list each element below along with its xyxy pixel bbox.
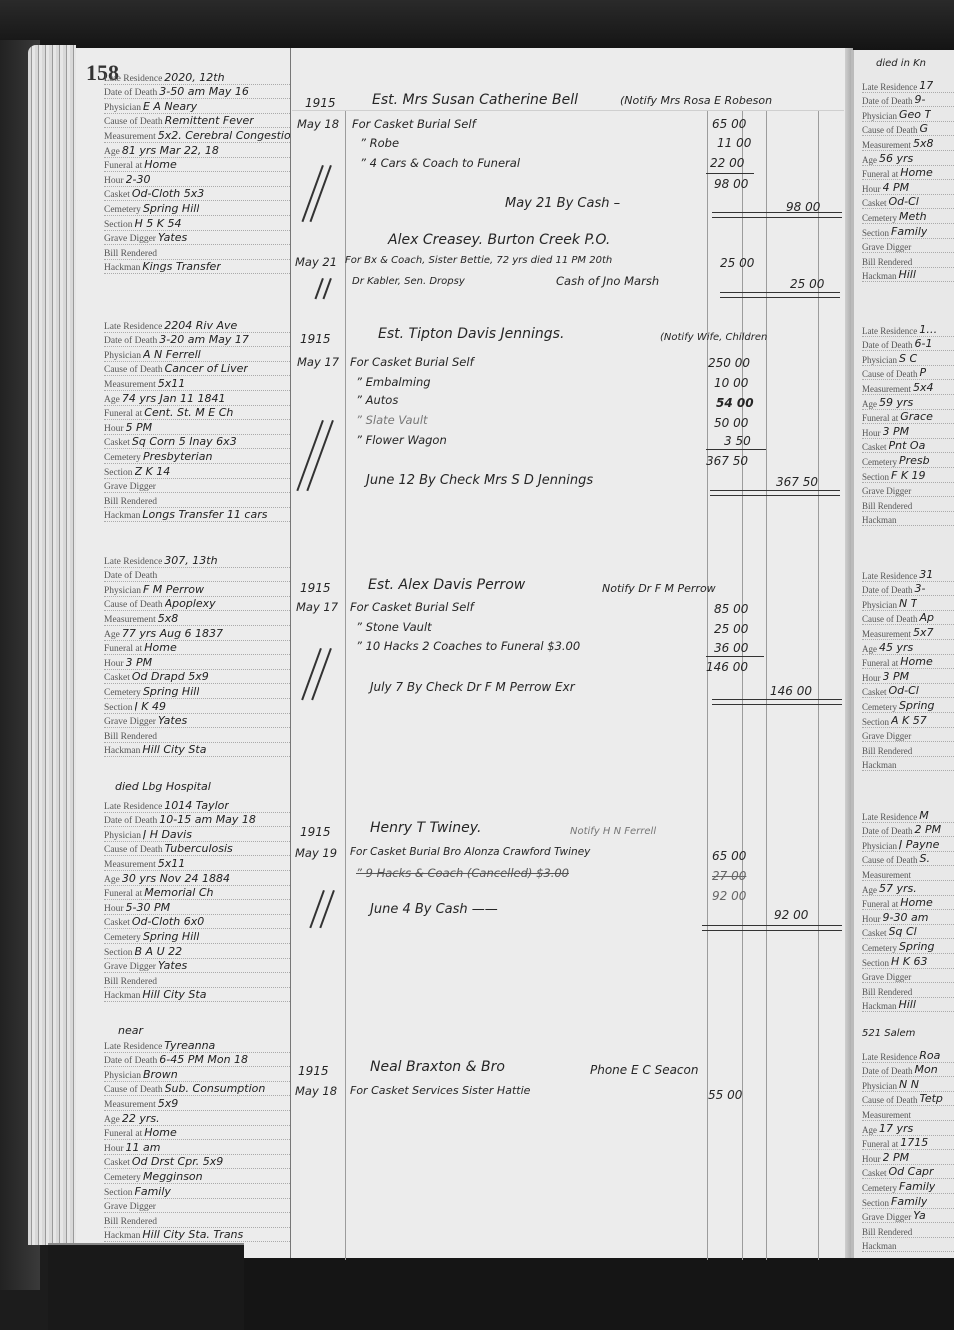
field-value: 2 PM — [883, 1151, 910, 1164]
field-label: Grave Digger — [104, 482, 156, 492]
card-field: CasketSq Cl — [862, 925, 954, 940]
field-value: Brown — [143, 1068, 178, 1081]
field-value: Apoplexy — [165, 597, 216, 610]
field-label: Casket — [104, 673, 130, 683]
total-double-rule — [702, 925, 842, 931]
subtotal-rule — [706, 449, 766, 450]
field-label: Grave Digger — [104, 962, 156, 972]
entry-year: 1915 — [300, 825, 331, 839]
field-label: Bill Rendered — [862, 987, 912, 997]
card-field: Hour3 PM — [862, 424, 954, 439]
card-field: Date of Death6-45 PM Mon 18 — [104, 1053, 290, 1068]
field-value: F K 19 — [891, 469, 926, 482]
field-label: Funeral at — [104, 889, 142, 899]
card-note: 521 Salem — [862, 1028, 915, 1039]
card-field: Age22 yrs. — [104, 1111, 290, 1126]
field-label: Date of Death — [862, 340, 912, 350]
entry-notify: (Notify Wife, Children — [660, 332, 767, 343]
field-label: Age — [104, 395, 120, 405]
card-field: Measurement — [862, 1106, 954, 1121]
field-value: 2204 Riv Ave — [164, 319, 237, 332]
field-label: Cause of Death — [104, 1085, 163, 1095]
field-value: Remittent Fever — [165, 114, 254, 127]
burial-card-5: Late ResidenceTyreannaDate of Death6-45 … — [104, 1038, 290, 1242]
total-double-rule — [712, 699, 842, 705]
card-field: Late Residence2204 Riv Ave — [104, 318, 290, 333]
card-field: Bill Rendered — [104, 728, 290, 743]
field-label: Hour — [862, 673, 881, 683]
field-value: Ya — [913, 1209, 925, 1222]
field-value: Meth — [899, 210, 927, 223]
card-field: Bill Rendered — [862, 253, 954, 268]
card-note: died in Kn — [876, 58, 926, 69]
field-value: Hill — [898, 998, 915, 1011]
field-value: 5-30 PM — [126, 901, 171, 914]
field-label: Late Residence — [104, 1042, 162, 1052]
card-field: CemeterySpring Hill — [104, 929, 290, 944]
line-desc: ” Embalming — [356, 375, 431, 389]
card-field: Hackman — [862, 1238, 954, 1253]
field-label: Late Residence — [104, 322, 162, 332]
field-value: 3 PM — [883, 670, 910, 683]
field-value: 77 yrs Aug 6 1837 — [122, 627, 223, 640]
field-label: Casket — [104, 438, 130, 448]
payment-amount: 25 00 — [790, 277, 824, 291]
line-desc: For Casket Services Sister Hattie — [350, 1084, 530, 1097]
field-label: Hour — [862, 184, 881, 194]
field-label: Age — [862, 1125, 877, 1135]
field-label: Hour — [862, 428, 881, 438]
line-amount: 25 00 — [714, 622, 748, 636]
field-label: Hackman — [104, 1231, 140, 1241]
field-label: Date of Death — [862, 96, 912, 106]
field-value: 9-30 am — [883, 911, 929, 924]
field-value: 5x9 — [158, 1097, 179, 1110]
field-label: Section — [104, 220, 133, 230]
field-value: Family — [891, 1195, 927, 1208]
field-label: Cemetery — [104, 933, 141, 943]
field-value: 31 — [919, 568, 933, 581]
card-field: SectionB A U 22 — [104, 944, 290, 959]
field-label: Casket — [862, 687, 887, 697]
field-label: Funeral at — [104, 644, 142, 654]
line-desc: ” Slate Vault — [356, 413, 428, 427]
card-field: Measurement5x9 — [104, 1096, 290, 1111]
field-label: Grave Digger — [862, 972, 911, 982]
line-total: 98 00 — [714, 177, 748, 191]
card-field: Hour2-30 — [104, 172, 290, 187]
line-date: May 17 — [297, 355, 339, 369]
entry-name: Est. Alex Davis Perrow — [368, 577, 525, 593]
field-label: Hackman — [862, 1241, 896, 1251]
card-field: Funeral atCent. St. M E Ch — [104, 406, 290, 421]
field-label: Funeral at — [862, 1139, 898, 1149]
card-field: Bill Rendered — [862, 497, 954, 512]
card-field: Date of Death10-15 am May 18 — [104, 813, 290, 828]
card-field: Age57 yrs. — [862, 881, 954, 896]
field-label: Grave Digger — [862, 242, 911, 252]
field-value: 30 yrs Nov 24 1884 — [122, 872, 230, 885]
field-value: N N — [899, 1078, 919, 1091]
card-field: Grave Digger — [104, 1199, 290, 1214]
field-label: Cause of Death — [104, 845, 163, 855]
field-label: Bill Rendered — [862, 501, 912, 511]
field-value: Tuberculosis — [165, 842, 233, 855]
line-amount: 54 00 — [716, 396, 754, 410]
field-value: P — [919, 366, 926, 379]
card-field: Late Residence2020, 12th — [104, 70, 290, 85]
field-label: Section — [104, 948, 133, 958]
field-label: Section — [862, 958, 889, 968]
field-value: Mon — [914, 1063, 937, 1076]
field-label: Grave Digger — [862, 731, 911, 741]
field-value: Hill — [898, 268, 915, 281]
field-label: Funeral at — [104, 161, 142, 171]
field-value: H 5 K 54 — [135, 217, 182, 230]
field-label: Cemetery — [104, 205, 141, 215]
field-label: Late Residence — [862, 82, 917, 92]
field-value: Od-Cl — [889, 195, 919, 208]
field-value: Od Drst Cpr. 5x9 — [132, 1155, 223, 1168]
card-field: SectionH K 63 — [862, 954, 954, 969]
field-value: 45 yrs — [879, 641, 913, 654]
field-label: Hour — [104, 1144, 124, 1154]
card-field: Grave Digger — [104, 479, 290, 494]
field-value: 56 yrs — [879, 152, 913, 165]
field-label: Cause of Death — [862, 855, 917, 865]
field-value: Home — [900, 896, 932, 909]
card-field: Date of Death2 PM — [862, 823, 954, 838]
card-field: Bill Rendered — [862, 742, 954, 757]
card-field: Grave Digger — [862, 969, 954, 984]
card-field: Date of Death3-50 am May 16 — [104, 85, 290, 100]
payment-amount: 92 00 — [774, 908, 808, 922]
field-label: Grave Digger — [104, 234, 156, 244]
card-field: Date of Death6-1 — [862, 337, 954, 352]
card-field: Age59 yrs — [862, 395, 954, 410]
card-field: Age74 yrs Jan 11 1841 — [104, 391, 290, 406]
field-value: 5x11 — [158, 857, 186, 870]
card-field: Funeral atHome — [862, 896, 954, 911]
field-value: M — [919, 809, 929, 822]
field-label: Section — [104, 703, 133, 713]
field-label: Measurement — [104, 1100, 156, 1110]
field-value: Geo T — [899, 108, 931, 121]
field-label: Hackman — [104, 263, 140, 273]
card-field: CasketOd Drapd 5x9 — [104, 670, 290, 685]
field-value: 1014 Taylor — [164, 799, 229, 812]
field-value: Hill City Sta. Trans — [142, 1228, 243, 1241]
field-label: Funeral at — [862, 899, 898, 909]
card-field: CemeteryPresb — [862, 453, 954, 468]
field-value: Presb — [899, 454, 930, 467]
card-field: HackmanLongs Transfer 11 cars — [104, 508, 290, 523]
card-field: Hour2 PM — [862, 1150, 954, 1165]
card-field: Measurement5x8 — [862, 136, 954, 151]
field-label: Bill Rendered — [104, 249, 157, 259]
card-field: Hour11 am — [104, 1140, 290, 1155]
entry-name: Neal Braxton & Bro — [370, 1059, 505, 1075]
line-date: May 21 — [295, 255, 337, 269]
line-desc: For Bx & Coach, Sister Bettie, 72 yrs di… — [345, 255, 612, 266]
entry-year: 1915 — [300, 581, 331, 595]
field-label: Hour — [104, 659, 124, 669]
field-label: Physician — [104, 351, 141, 361]
line-amount: 50 00 — [714, 416, 748, 430]
field-value: 9- — [914, 93, 925, 106]
line-desc: ” Autos — [356, 393, 398, 407]
field-value: Cent. St. M E Ch — [144, 406, 233, 419]
field-value: 5x2. Cerebral Congestion — [158, 129, 290, 142]
field-label: Measurement — [104, 615, 156, 625]
card-field: CasketOd Capr — [862, 1165, 954, 1180]
field-label: Date of Death — [862, 1066, 912, 1076]
field-label: Cemetery — [862, 943, 897, 953]
card-field: Date of Death9- — [862, 93, 954, 108]
field-label: Hour — [104, 424, 124, 434]
card-field: Measurement — [862, 866, 954, 881]
field-value: 5x8 — [913, 137, 934, 150]
field-value: Spring Hill — [143, 930, 199, 943]
field-label: Date of Death — [104, 571, 157, 581]
card-field: Funeral atHome — [104, 158, 290, 173]
field-label: Funeral at — [862, 658, 898, 668]
line-amount-cancelled: 27 00 — [712, 869, 746, 883]
field-label: Cause of Death — [862, 369, 917, 379]
line-amount: 85 00 — [714, 602, 748, 616]
field-label: Physician — [862, 1081, 897, 1091]
card-field: SectionZ K 14 — [104, 464, 290, 479]
field-value: Grace — [900, 410, 933, 423]
card-field: Hour5-30 PM — [104, 900, 290, 915]
field-value: Roa — [919, 1049, 940, 1062]
card-field: Grave DiggerYates — [104, 959, 290, 974]
field-label: Late Residence — [104, 802, 162, 812]
entry-notify: Phone E C Seacon — [590, 1063, 698, 1077]
card-field: CemeterySpring — [862, 698, 954, 713]
card-field: SectionJ K 49 — [104, 699, 290, 714]
field-label: Physician — [862, 111, 897, 121]
field-label: Hackman — [862, 1001, 896, 1011]
entry-name: Est. Mrs Susan Catherine Bell — [372, 92, 578, 108]
entry-notify: (Notify Mrs Rosa E Robeson — [620, 94, 772, 107]
entry-year: 1915 — [305, 96, 336, 110]
field-label: Hackman — [862, 760, 896, 770]
field-label: Measurement — [104, 860, 156, 870]
line-total: 92 00 — [712, 889, 746, 903]
field-label: Late Residence — [104, 74, 162, 84]
line-desc: ” Robe — [360, 136, 399, 150]
book-cover-top — [0, 0, 954, 50]
card-field: Cause of DeathP — [862, 366, 954, 381]
card-field: CemeteryMegginson — [104, 1169, 290, 1184]
entry-notify: Notify H N Ferrell — [570, 826, 656, 837]
field-label: Age — [104, 1115, 120, 1125]
field-value: Spring Hill — [143, 685, 199, 698]
line-desc: For Casket Burial Self — [350, 600, 474, 614]
field-label: Hackman — [104, 511, 140, 521]
field-label: Physician — [104, 831, 141, 841]
field-value: A K 57 — [891, 714, 927, 727]
line-desc: For Casket Burial Self — [352, 117, 476, 131]
field-value: A N Ferrell — [143, 348, 201, 361]
entry-name: Henry T Twiney. — [370, 820, 481, 836]
field-value: Spring Hill — [143, 202, 199, 215]
card-field: Hackman — [862, 512, 954, 527]
field-value: 3-20 am May 17 — [159, 333, 249, 346]
field-value: S. — [919, 852, 929, 865]
card-field: Cause of DeathSub. Consumption — [104, 1082, 290, 1097]
card-field: CasketOd-Cl — [862, 684, 954, 699]
card-field: Funeral atHome — [104, 641, 290, 656]
field-label: Cemetery — [862, 1183, 897, 1193]
card-field: Funeral atHome — [862, 166, 954, 181]
field-label: Hour — [104, 176, 124, 186]
card-note: died Lbg Hospital — [115, 780, 211, 793]
card-field: Funeral atGrace — [862, 410, 954, 425]
field-value: Hill City Sta — [142, 988, 206, 1001]
line-desc: ” 4 Cars & Coach to Funeral — [360, 156, 520, 170]
card-field: Cause of DeathApoplexy — [104, 597, 290, 612]
field-label: Funeral at — [104, 409, 142, 419]
field-label: Late Residence — [862, 326, 917, 336]
card-field: Age77 yrs Aug 6 1837 — [104, 626, 290, 641]
line-total: 367 50 — [706, 454, 748, 468]
card-field: Hour9-30 am — [862, 910, 954, 925]
field-value: Family — [891, 225, 927, 238]
field-label: Cemetery — [862, 457, 897, 467]
line-amount: 250 00 — [708, 356, 750, 370]
field-value: J K 49 — [135, 700, 166, 713]
field-value: Z K 14 — [135, 465, 171, 478]
field-value: H K 63 — [891, 955, 927, 968]
field-value: Family — [135, 1185, 171, 1198]
card-field: PhysicianN N — [862, 1077, 954, 1092]
field-value: Kings Transfer — [142, 260, 220, 273]
card-field: Date of Death — [104, 568, 290, 583]
field-label: Date of Death — [104, 336, 157, 346]
field-label: Hour — [862, 1154, 881, 1164]
card-field: Funeral atHome — [104, 1126, 290, 1141]
field-value: J H Davis — [143, 828, 192, 841]
card-field: HackmanHill — [862, 268, 954, 283]
card-field: Age45 yrs — [862, 640, 954, 655]
card-field: Cause of DeathAp — [862, 611, 954, 626]
field-value: Od Drapd 5x9 — [132, 670, 209, 683]
field-value: E A Neary — [143, 100, 197, 113]
line-date: May 17 — [296, 600, 338, 614]
field-value: 1715 — [900, 1136, 928, 1149]
page-edges — [28, 45, 76, 1245]
field-label: Measurement — [862, 629, 911, 639]
card-field: Age17 yrs — [862, 1121, 954, 1136]
line-desc: For Casket Burial Self — [350, 355, 474, 369]
card-field: Grave Digger — [862, 728, 954, 743]
field-value: Sq Cl — [889, 925, 917, 938]
card-field: CasketOd-Cl — [862, 195, 954, 210]
field-value: N T — [899, 597, 917, 610]
field-label: Bill Rendered — [104, 977, 157, 987]
field-value: 5x7 — [913, 626, 934, 639]
card-field: Late ResidenceM — [862, 808, 954, 823]
field-label: Grave Digger — [104, 1202, 156, 1212]
card-divider — [290, 48, 291, 1258]
field-value: 22 yrs. — [122, 1112, 160, 1125]
line-desc: ” Stone Vault — [356, 620, 432, 634]
field-label: Bill Rendered — [862, 1227, 912, 1237]
field-value: Longs Transfer 11 cars — [142, 508, 267, 521]
field-label: Measurement — [862, 870, 911, 880]
field-label: Cause of Death — [104, 117, 163, 127]
line-desc: Dr Kabler, Sen. Dropsy — [352, 276, 465, 287]
field-value: Yates — [158, 231, 187, 244]
card-field: PhysicianA N Ferrell — [104, 347, 290, 362]
line-desc: ” 10 Hacks 2 Coaches to Funeral $3.00 — [356, 639, 580, 653]
field-label: Bill Rendered — [862, 257, 912, 267]
card-field: Hour5 PM — [104, 420, 290, 435]
card-note: near — [118, 1024, 143, 1037]
field-value: Home — [144, 1126, 176, 1139]
field-value: 17 yrs — [879, 1122, 913, 1135]
card-field: CasketOd Drst Cpr. 5x9 — [104, 1155, 290, 1170]
card-field: PhysicianJ H Davis — [104, 827, 290, 842]
right-burial-card-3: Late Residence31Date of Death3-Physician… — [862, 567, 954, 771]
entry-name: Est. Tipton Davis Jennings. — [378, 326, 564, 342]
card-field: HackmanHill City Sta. Trans — [104, 1228, 290, 1243]
field-value: 11 am — [126, 1141, 161, 1154]
field-label: Physician — [104, 103, 141, 113]
card-field: Age81 yrs Mar 22, 18 — [104, 143, 290, 158]
card-field: CemeteryFamily — [862, 1179, 954, 1194]
card-field: CemeteryMeth — [862, 209, 954, 224]
field-label: Age — [104, 875, 120, 885]
card-field: SectionA K 57 — [862, 713, 954, 728]
field-value: 81 yrs Mar 22, 18 — [122, 144, 219, 157]
field-label: Hackman — [862, 515, 896, 525]
field-value: J Payne — [899, 838, 939, 851]
card-field: SectionF K 19 — [862, 468, 954, 483]
card-field: Age56 yrs — [862, 151, 954, 166]
field-value: Tetp — [919, 1092, 942, 1105]
field-value: 2020, 12th — [164, 71, 224, 84]
card-field: Date of DeathMon — [862, 1063, 954, 1078]
field-label: Hour — [862, 914, 881, 924]
field-value: Od-Cloth 5x3 — [132, 187, 204, 200]
header-rule — [292, 110, 844, 111]
entry-name: Alex Creasey. Burton Creek P.O. — [388, 232, 610, 248]
card-field: Late Residence1014 Taylor — [104, 798, 290, 813]
field-label: Hour — [104, 904, 124, 914]
field-value: Spring — [899, 940, 935, 953]
burial-card-3: Late Residence307, 13thDate of DeathPhys… — [104, 553, 290, 757]
burial-card-4: Late Residence1014 TaylorDate of Death10… — [104, 798, 290, 1002]
card-field: Bill Rendered — [862, 1223, 954, 1238]
field-label: Physician — [104, 1071, 141, 1081]
field-value: S C — [899, 352, 917, 365]
field-value: Od-Cl — [889, 684, 919, 697]
card-field: Hour4 PM — [862, 180, 954, 195]
card-field: Late Residence307, 13th — [104, 553, 290, 568]
field-value: 1… — [919, 323, 937, 336]
field-label: Hackman — [104, 746, 140, 756]
card-field: CasketOd-Cloth 5x3 — [104, 187, 290, 202]
credit-column-rule — [766, 110, 767, 1260]
field-label: Measurement — [862, 1110, 911, 1120]
book-clamp — [48, 1243, 244, 1330]
total-double-rule — [712, 212, 842, 218]
field-label: Bill Rendered — [104, 732, 157, 742]
card-field: Measurement5x2. Cerebral Congestion — [104, 128, 290, 143]
